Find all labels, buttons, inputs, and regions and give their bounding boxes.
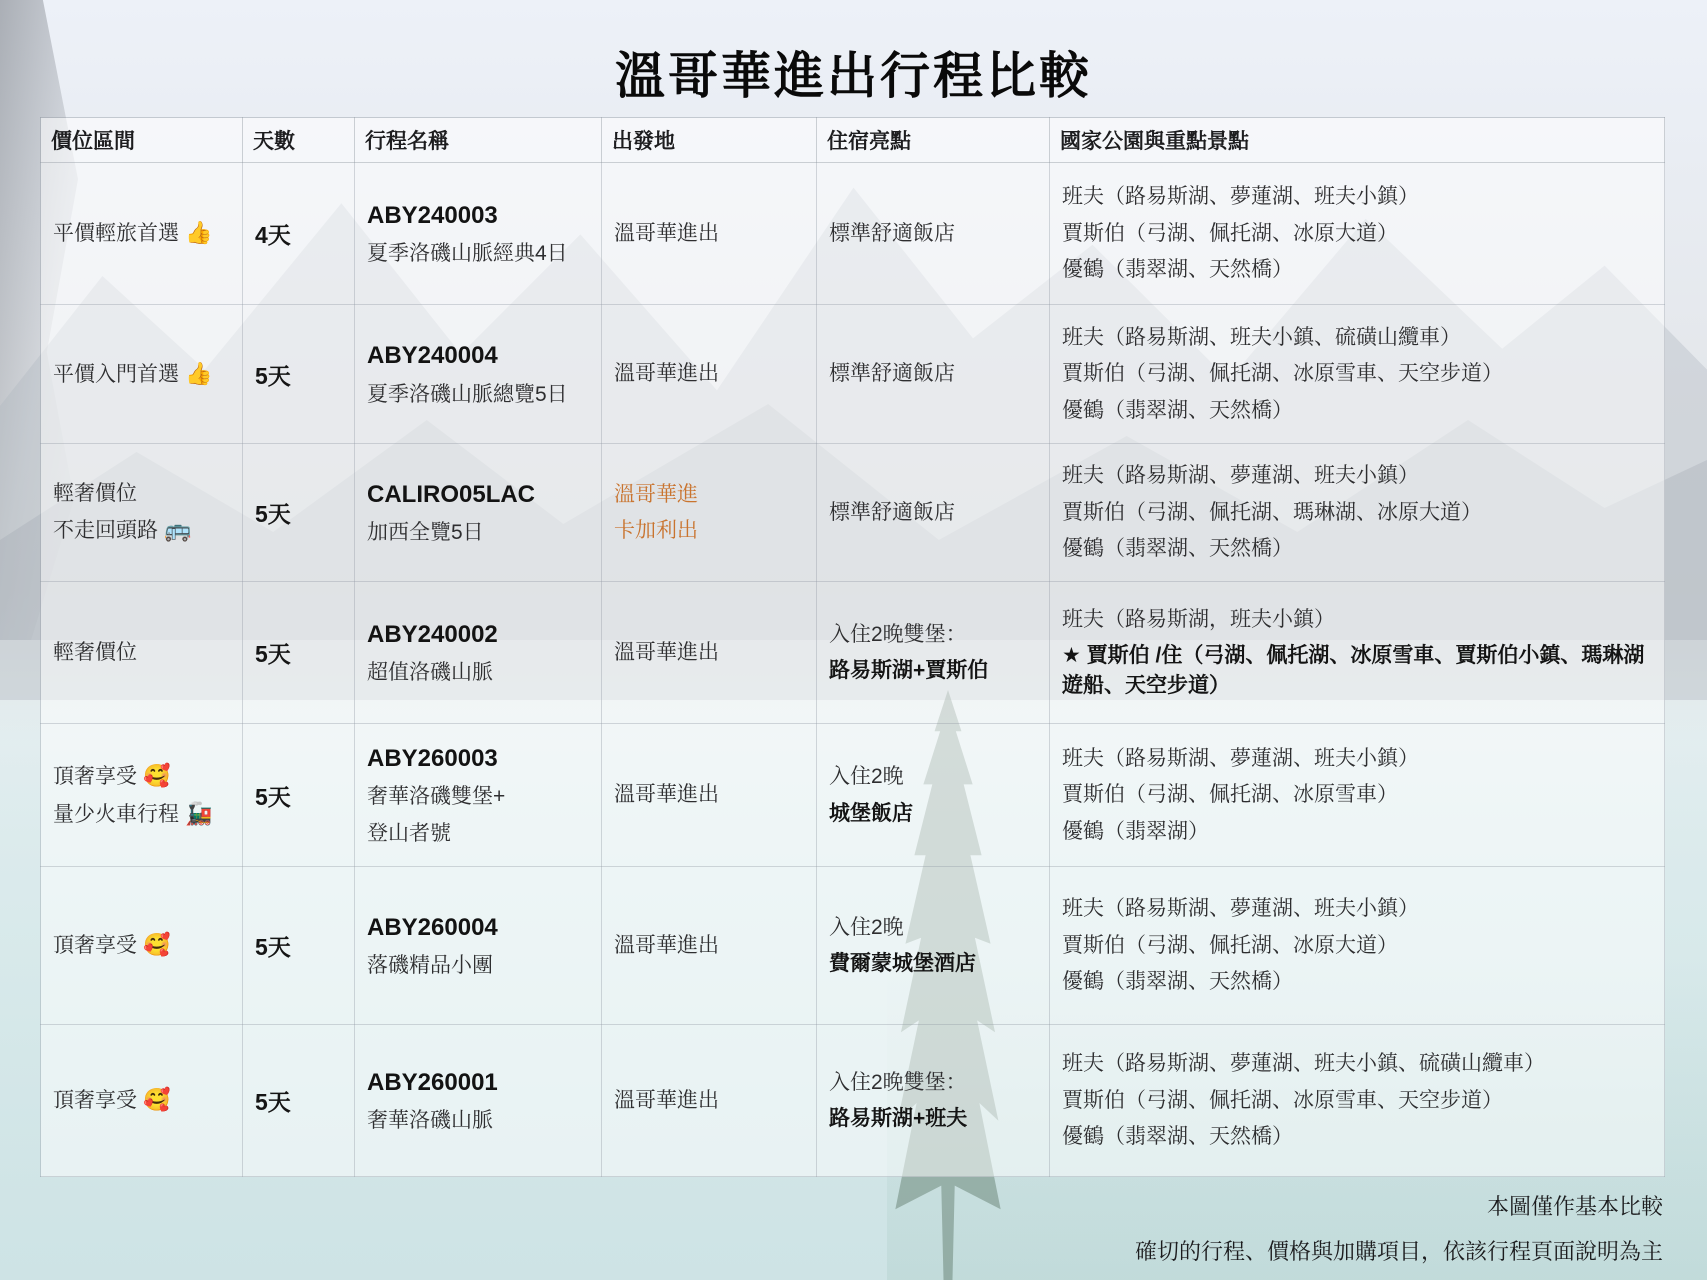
attraction-line: 班夫（路易斯湖、夢蓮湖、班夫小鎮） xyxy=(1062,894,1652,923)
itinerary-code: ABY260003 xyxy=(367,742,589,776)
price-tier-cell: 頂奢享受🥰量少火車行程🚂 xyxy=(41,724,243,867)
itinerary-name: 夏季洛磯山脈經典4日 xyxy=(367,239,589,268)
itinerary-cell: ABY240004夏季洛磯山脈總覽5日 xyxy=(355,305,602,444)
days-value: 5天 xyxy=(255,496,342,529)
comparison-table: 價位區間天數行程名稱出發地住宿亮點國家公園與重點景點 平價輕旅首選👍4天ABY2… xyxy=(40,117,1665,1177)
price-tier-line: 輕奢價位 xyxy=(53,479,230,508)
price-tier-label: 輕奢價位 xyxy=(53,482,137,505)
itinerary-cell: ABY240003夏季洛磯山脈經典4日 xyxy=(355,163,602,305)
column-header: 國家公園與重點景點 xyxy=(1050,118,1665,163)
itinerary-cell: ABY240002超值洛磯山脈 xyxy=(355,582,602,724)
price-tier-cell: 頂奢享受🥰 xyxy=(41,1025,243,1177)
days-cell: 5天 xyxy=(243,1025,355,1177)
departure-value: 溫哥華進 xyxy=(614,480,804,509)
table-header-row: 價位區間天數行程名稱出發地住宿亮點國家公園與重點景點 xyxy=(41,118,1665,163)
attractions-cell: 班夫（路易斯湖、夢蓮湖、班夫小鎮、硫磺山纜車）賈斯伯（弓湖、佩托湖、冰原雪車、天… xyxy=(1050,1025,1665,1177)
departure-value: 溫哥華進出 xyxy=(614,219,804,248)
itinerary-code: ABY260004 xyxy=(367,911,589,945)
attraction-line: 優鶴（翡翠湖） xyxy=(1062,817,1652,846)
attraction-line: 優鶴（翡翠湖、天然橋） xyxy=(1062,967,1652,996)
price-tier-line: 量少火車行程🚂 xyxy=(53,799,230,830)
price-tier-cell: 輕奢價位不走回頭路🚌 xyxy=(41,444,243,582)
footer-note: 本圖僅作基本比較 確切的行程、價格與加購項目，依該行程頁面說明為主 xyxy=(1135,1184,1663,1274)
smiling-face-with-hearts-icon: 🥰 xyxy=(143,932,170,957)
lodging-line: 城堡飯店 xyxy=(829,799,1037,828)
itinerary-name: 超值洛磯山脈 xyxy=(367,658,589,687)
column-header: 價位區間 xyxy=(41,118,243,163)
table-row: 輕奢價位不走回頭路🚌5天CALIRO05LAC加西全覽5日溫哥華進卡加利出標準舒… xyxy=(41,444,1665,582)
price-tier-label: 量少火車行程 xyxy=(53,803,179,826)
thumbs-up-icon: 👍 xyxy=(185,220,212,245)
itinerary-cell: ABY260001奢華洛磯山脈 xyxy=(355,1025,602,1177)
price-tier-line: 頂奢享受🥰 xyxy=(53,761,230,792)
thumbs-up-icon: 👍 xyxy=(185,361,212,386)
price-tier-label: 頂奢享受 xyxy=(53,934,137,957)
departure-cell: 溫哥華進卡加利出 xyxy=(602,444,817,582)
price-tier-cell: 輕奢價位 xyxy=(41,582,243,724)
lodging-line: 入住2晚雙堡： xyxy=(829,620,1037,649)
days-cell: 5天 xyxy=(243,582,355,724)
attraction-line: 賈斯伯（弓湖、佩托湖、冰原大道） xyxy=(1062,219,1652,248)
days-value: 5天 xyxy=(255,929,342,962)
price-tier-line: 不走回頭路🚌 xyxy=(53,515,230,546)
lodging-line: 標準舒適飯店 xyxy=(829,219,1037,248)
attraction-line: 優鶴（翡翠湖、天然橋） xyxy=(1062,1122,1652,1151)
lodging-cell: 標準舒適飯店 xyxy=(817,163,1050,305)
attraction-line: 優鶴（翡翠湖、天然橋） xyxy=(1062,255,1652,284)
column-header: 出發地 xyxy=(602,118,817,163)
attraction-line: 賈斯伯（弓湖、佩托湖、冰原雪車、天空步道） xyxy=(1062,1086,1652,1115)
footer-note-line1: 本圖僅作基本比較 xyxy=(1135,1184,1663,1229)
price-tier-label: 平價入門首選 xyxy=(53,363,179,386)
departure-value: 溫哥華進出 xyxy=(614,780,804,809)
itinerary-name: 奢華洛磯雙堡+ xyxy=(367,782,589,811)
attraction-line: 班夫（路易斯湖、夢蓮湖、班夫小鎮） xyxy=(1062,744,1652,773)
price-tier-label: 頂奢享受 xyxy=(53,1089,137,1112)
departure-cell: 溫哥華進出 xyxy=(602,1025,817,1177)
attractions-cell: 班夫（路易斯湖，班夫小鎮）★ 賈斯伯 /住（弓湖、佩托湖、冰原雪車、賈斯伯小鎮、… xyxy=(1050,582,1665,724)
departure-value: 溫哥華進出 xyxy=(614,359,804,388)
lodging-line: 入住2晚 xyxy=(829,762,1037,791)
days-cell: 5天 xyxy=(243,444,355,582)
column-header: 住宿亮點 xyxy=(817,118,1050,163)
attraction-line: 賈斯伯（弓湖、佩托湖、冰原雪車） xyxy=(1062,780,1652,809)
itinerary-name: 落磯精品小團 xyxy=(367,951,589,980)
table-row: 輕奢價位5天ABY240002超值洛磯山脈溫哥華進出入住2晚雙堡：路易斯湖+賈斯… xyxy=(41,582,1665,724)
attraction-line: 班夫（路易斯湖、夢蓮湖、班夫小鎮） xyxy=(1062,182,1652,211)
attraction-line: 班夫（路易斯湖、夢蓮湖、班夫小鎮、硫磺山纜車） xyxy=(1062,1049,1652,1078)
locomotive-icon: 🚂 xyxy=(185,801,212,826)
attraction-line: 賈斯伯（弓湖、佩托湖、冰原雪車、天空步道） xyxy=(1062,359,1652,388)
table-row: 頂奢享受🥰量少火車行程🚂5天ABY260003奢華洛磯雙堡+登山者號溫哥華進出入… xyxy=(41,724,1665,867)
infographic-canvas: 溫哥華進出行程比較 價位區間天數行程名稱出發地住宿亮點國家公園與重點景點 平價輕… xyxy=(0,0,1707,1280)
smiling-face-with-hearts-icon: 🥰 xyxy=(143,1087,170,1112)
lodging-cell: 入住2晚雙堡：路易斯湖+班夫 xyxy=(817,1025,1050,1177)
attractions-cell: 班夫（路易斯湖、夢蓮湖、班夫小鎮）賈斯伯（弓湖、佩托湖、冰原大道）優鶴（翡翠湖、… xyxy=(1050,867,1665,1025)
price-tier-line: 平價輕旅首選👍 xyxy=(53,218,230,249)
attraction-line: 班夫（路易斯湖、夢蓮湖、班夫小鎮） xyxy=(1062,461,1652,490)
departure-value: 溫哥華進出 xyxy=(614,638,804,667)
price-tier-label: 不走回頭路 xyxy=(53,519,158,542)
itinerary-name: 登山者號 xyxy=(367,819,589,848)
lodging-line: 入住2晚 xyxy=(829,913,1037,942)
lodging-line: 入住2晚雙堡： xyxy=(829,1068,1037,1097)
price-tier-line: 頂奢享受🥰 xyxy=(53,1085,230,1116)
table-row: 平價入門首選👍5天ABY240004夏季洛磯山脈總覽5日溫哥華進出標準舒適飯店班… xyxy=(41,305,1665,444)
itinerary-code: CALIRO05LAC xyxy=(367,478,589,512)
departure-cell: 溫哥華進出 xyxy=(602,305,817,444)
days-value: 5天 xyxy=(255,636,342,669)
lodging-cell: 標準舒適飯店 xyxy=(817,444,1050,582)
footer-note-line2: 確切的行程、價格與加購項目，依該行程頁面說明為主 xyxy=(1135,1229,1663,1274)
lodging-line: 路易斯湖+賈斯伯 xyxy=(829,656,1037,685)
attractions-cell: 班夫（路易斯湖、班夫小鎮、硫磺山纜車）賈斯伯（弓湖、佩托湖、冰原雪車、天空步道）… xyxy=(1050,305,1665,444)
price-tier-line: 平價入門首選👍 xyxy=(53,359,230,390)
departure-cell: 溫哥華進出 xyxy=(602,163,817,305)
table-row: 頂奢享受🥰5天ABY260004落磯精品小團溫哥華進出入住2晚費爾蒙城堡酒店班夫… xyxy=(41,867,1665,1025)
departure-value: 溫哥華進出 xyxy=(614,1086,804,1115)
lodging-line: 路易斯湖+班夫 xyxy=(829,1104,1037,1133)
attraction-line: 賈斯伯（弓湖、佩托湖、冰原大道） xyxy=(1062,931,1652,960)
itinerary-name: 夏季洛磯山脈總覽5日 xyxy=(367,380,589,409)
days-value: 5天 xyxy=(255,779,342,812)
lodging-cell: 標準舒適飯店 xyxy=(817,305,1050,444)
lodging-line: 標準舒適飯店 xyxy=(829,359,1037,388)
attraction-line: ★ 賈斯伯 /住（弓湖、佩托湖、冰原雪車、賈斯伯小鎮、瑪琳湖遊船、天空步道） xyxy=(1062,641,1652,700)
price-tier-cell: 平價輕旅首選👍 xyxy=(41,163,243,305)
days-cell: 4天 xyxy=(243,163,355,305)
attractions-cell: 班夫（路易斯湖、夢蓮湖、班夫小鎮）賈斯伯（弓湖、佩托湖、瑪琳湖、冰原大道）優鶴（… xyxy=(1050,444,1665,582)
price-tier-line: 輕奢價位 xyxy=(53,638,230,667)
itinerary-code: ABY240004 xyxy=(367,339,589,373)
lodging-cell: 入住2晚雙堡：路易斯湖+賈斯伯 xyxy=(817,582,1050,724)
bus-icon: 🚌 xyxy=(164,517,191,542)
attractions-cell: 班夫（路易斯湖、夢蓮湖、班夫小鎮）賈斯伯（弓湖、佩托湖、冰原雪車）優鶴（翡翠湖） xyxy=(1050,724,1665,867)
itinerary-name: 加西全覽5日 xyxy=(367,518,589,547)
itinerary-code: ABY240002 xyxy=(367,618,589,652)
departure-cell: 溫哥華進出 xyxy=(602,582,817,724)
itinerary-code: ABY240003 xyxy=(367,199,589,233)
itinerary-cell: CALIRO05LAC加西全覽5日 xyxy=(355,444,602,582)
price-tier-cell: 頂奢享受🥰 xyxy=(41,867,243,1025)
itinerary-name: 奢華洛磯山脈 xyxy=(367,1106,589,1135)
price-tier-cell: 平價入門首選👍 xyxy=(41,305,243,444)
attraction-line: 優鶴（翡翠湖、天然橋） xyxy=(1062,534,1652,563)
itinerary-cell: ABY260004落磯精品小團 xyxy=(355,867,602,1025)
lodging-cell: 入住2晚城堡飯店 xyxy=(817,724,1050,867)
lodging-line: 費爾蒙城堡酒店 xyxy=(829,949,1037,978)
attraction-line: 班夫（路易斯湖，班夫小鎮） xyxy=(1062,605,1652,634)
table-row: 頂奢享受🥰5天ABY260001奢華洛磯山脈溫哥華進出入住2晚雙堡：路易斯湖+班… xyxy=(41,1025,1665,1177)
attractions-cell: 班夫（路易斯湖、夢蓮湖、班夫小鎮）賈斯伯（弓湖、佩托湖、冰原大道）優鶴（翡翠湖、… xyxy=(1050,163,1665,305)
column-header: 天數 xyxy=(243,118,355,163)
days-value: 5天 xyxy=(255,358,342,391)
itinerary-cell: ABY260003奢華洛磯雙堡+登山者號 xyxy=(355,724,602,867)
attraction-line: 班夫（路易斯湖、班夫小鎮、硫磺山纜車） xyxy=(1062,323,1652,352)
price-tier-label: 平價輕旅首選 xyxy=(53,222,179,245)
price-tier-label: 輕奢價位 xyxy=(53,641,137,664)
departure-value: 溫哥華進出 xyxy=(614,931,804,960)
table-row: 平價輕旅首選👍4天ABY240003夏季洛磯山脈經典4日溫哥華進出標準舒適飯店班… xyxy=(41,163,1665,305)
days-cell: 5天 xyxy=(243,724,355,867)
lodging-cell: 入住2晚費爾蒙城堡酒店 xyxy=(817,867,1050,1025)
lodging-line: 標準舒適飯店 xyxy=(829,498,1037,527)
column-header: 行程名稱 xyxy=(355,118,602,163)
days-cell: 5天 xyxy=(243,305,355,444)
attraction-line: 賈斯伯（弓湖、佩托湖、瑪琳湖、冰原大道） xyxy=(1062,498,1652,527)
days-value: 5天 xyxy=(255,1084,342,1117)
departure-cell: 溫哥華進出 xyxy=(602,867,817,1025)
page-title: 溫哥華進出行程比較 xyxy=(0,36,1707,108)
departure-cell: 溫哥華進出 xyxy=(602,724,817,867)
days-cell: 5天 xyxy=(243,867,355,1025)
days-value: 4天 xyxy=(255,217,342,250)
price-tier-label: 頂奢享受 xyxy=(53,765,137,788)
departure-value: 卡加利出 xyxy=(614,516,804,545)
attraction-line: 優鶴（翡翠湖、天然橋） xyxy=(1062,396,1652,425)
smiling-face-with-hearts-icon: 🥰 xyxy=(143,763,170,788)
itinerary-code: ABY260001 xyxy=(367,1066,589,1100)
price-tier-line: 頂奢享受🥰 xyxy=(53,930,230,961)
